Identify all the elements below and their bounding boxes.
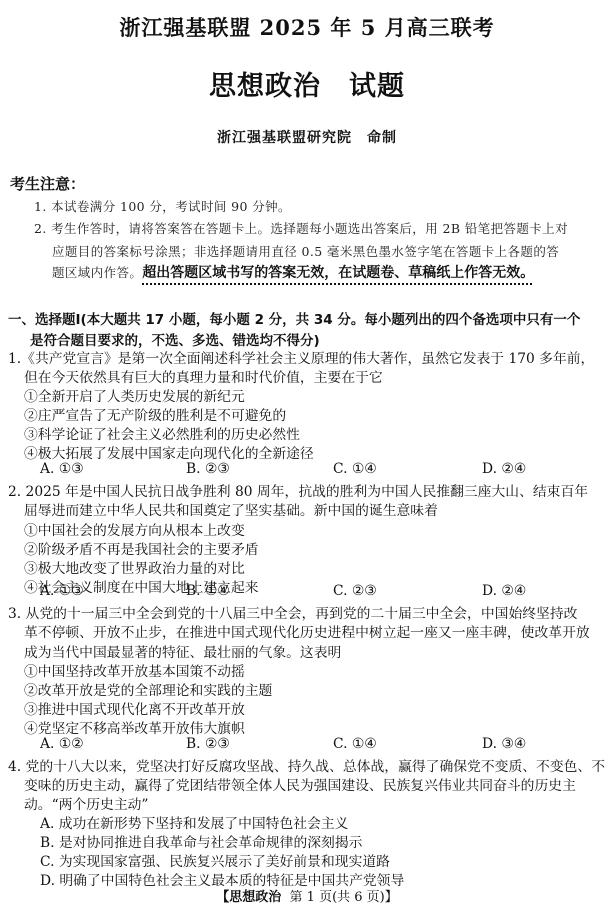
section-heading-cont: 是符合题目要求的，不选、多选、错选均不得分) xyxy=(30,329,320,349)
notice-item-1: 1. 本试卷满分 100 分，考试时间 90 分钟。 xyxy=(34,197,291,215)
q3-option-c[interactable]: C. ①④ xyxy=(333,736,377,752)
subject-title: 思想政治 试题 xyxy=(0,64,614,103)
q2-option-c[interactable]: C. ②③ xyxy=(333,583,377,599)
notice-item-2-end: 题区域内作答。 xyxy=(52,265,142,280)
q3-option-d[interactable]: D. ③④ xyxy=(482,736,526,752)
q3-statement-4: ④党坚定不移高举改革开放伟大旗帜 xyxy=(24,717,245,737)
q1-stem-line1: 1.《共产党宣言》是第一次全面阐述科学社会主义原理的伟大著作，虽然它发表于 17… xyxy=(8,347,594,367)
author-line: 浙江强基联盟研究院 命制 xyxy=(0,127,614,147)
q3-statement-1: ①中国坚持改革开放基本国策不动摇 xyxy=(24,660,245,680)
q3-stem-line2: 革不停顿、开放不止步，在推进中国式现代化历史进程中树立起一座又一座丰碑，使改革开… xyxy=(24,621,590,641)
footer-page-number: 第 1 页(共 6 页)】 xyxy=(290,890,398,905)
q3-statement-3: ③推进中国式现代化离不开改革开放 xyxy=(24,698,245,718)
q4-stem-line2: 变味的历史主动，赢得了党团结带领全体人民为强国建设、民族复兴伟业共同奋斗的历史主 xyxy=(24,774,576,794)
q3-stem-line1: 3. 从党的十一届三中全会到党的十八届三中全会，再到党的二十届三中全会，中国始终… xyxy=(8,602,577,622)
page-footer: 【思想政治 第 1 页(共 6 页)】 xyxy=(0,886,614,905)
q4-option-c[interactable]: C. 为实现国家富强、民族复兴展示了美好前景和现实道路 xyxy=(40,850,390,870)
q1-option-c[interactable]: C. ①④ xyxy=(333,461,377,477)
q1-option-b[interactable]: B. ②③ xyxy=(186,461,230,477)
q2-statement-1: ①中国社会的发展方向从根本上改变 xyxy=(24,519,245,539)
q4-stem-line1: 4. 党的十八大以来，党坚决打好反腐攻坚战、持久战、总体战，赢得了确保党不变质、… xyxy=(8,755,605,775)
q3-option-b[interactable]: B. ②③ xyxy=(186,736,230,752)
q4-option-b[interactable]: B. 是对协同推进自我革命与社会革命规律的深刻揭示 xyxy=(40,831,362,851)
notice-heading: 考生注意： xyxy=(10,173,85,194)
q2-option-a[interactable]: A. ①③ xyxy=(40,583,83,599)
q1-stem-line2: 但在今天依然具有巨大的真理力量和时代价值，主要在于它 xyxy=(24,366,383,386)
notice-warning: 超出答题区域书写的答案无效，在试题卷、草稿纸上作答无效。 xyxy=(142,265,534,281)
q2-statement-3: ③极大地改变了世界政治力量的对比 xyxy=(24,557,245,577)
q1-statement-3: ③科学论证了社会主义必然胜利的历史必然性 xyxy=(24,423,300,443)
q2-stem-line2: 屈辱进而建立中华人民共和国奠定了坚实基础。新中国的诞生意味着 xyxy=(24,499,438,519)
q1-option-a[interactable]: A. ①③ xyxy=(40,461,83,477)
q2-option-d[interactable]: D. ②④ xyxy=(482,583,526,599)
section-heading: 一、选择题Ⅰ(本大题共 17 小题，每小题 2 分，共 34 分。每小题列出的四… xyxy=(8,308,580,328)
exam-title: 浙江强基联盟 2025 年 5 月高三联考 xyxy=(0,12,614,42)
q1-statement-2: ②庄严宣告了无产阶级的胜利是不可避免的 xyxy=(24,404,286,424)
q3-stem-line3: 成为当代中国最显著的特征、最壮丽的气象。这表明 xyxy=(24,641,341,661)
notice-item-2-cont: 应题目的答案标号涂黑；非选择题请用直径 0.5 毫米黑色墨水签字笔在答题卡上各题… xyxy=(52,242,559,260)
q2-statement-2: ②阶级矛盾不再是我国社会的主要矛盾 xyxy=(24,538,259,558)
q2-option-b[interactable]: B. ①④ xyxy=(186,583,230,599)
q1-statement-1: ①全新开启了人类历史发展的新纪元 xyxy=(24,385,245,405)
q4-stem-line3: 动。“两个历史主动” xyxy=(24,793,148,813)
footer-subject: 【思想政治 xyxy=(216,890,281,905)
q2-stem-line1: 2. 2025 年是中国人民抗日战争胜利 80 周年，抗战的胜利为中国人民推翻三… xyxy=(8,480,588,500)
notice-item-2: 2. 考生作答时，请将答案答在答题卡上。选择题每小题选出答案后，用 2B 铅笔把… xyxy=(34,219,568,237)
q3-option-a[interactable]: A. ①② xyxy=(40,736,83,752)
q3-statement-2: ②改革开放是党的全部理论和实践的主题 xyxy=(24,679,272,699)
q1-option-d[interactable]: D. ②④ xyxy=(482,461,526,477)
q4-option-a[interactable]: A. 成功在新形势下坚持和发展了中国特色社会主义 xyxy=(40,812,348,832)
notice-item-2-last: 题区域内作答。超出答题区域书写的答案无效，在试题卷、草稿纸上作答无效。 xyxy=(52,262,534,282)
q1-statement-4: ④极大拓展了发展中国家走向现代化的全新途径 xyxy=(24,442,314,462)
